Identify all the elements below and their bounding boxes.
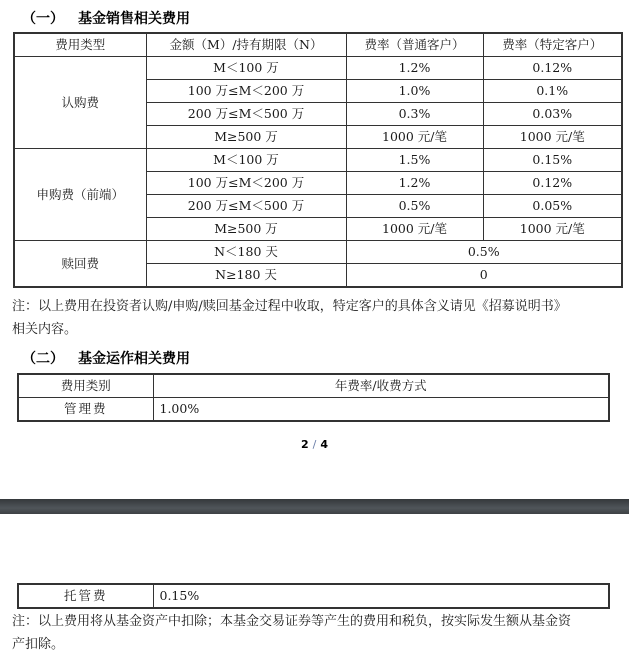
- fee-category-management: 管理费: [18, 398, 153, 422]
- header-fee-type: 费用类型: [14, 33, 146, 57]
- sales-fee-table: 费用类型 金额（M）/持有期限（N） 费率（普通客户） 费率（特定客户） 认购费…: [13, 32, 623, 288]
- rate-normal-cell: 0.5%: [346, 195, 483, 218]
- table-row: 管理费 1.00%: [18, 398, 609, 422]
- section-heading-operation-fees: （二）基金运作相关费用: [22, 348, 190, 368]
- rate-merged-cell: 0: [346, 264, 622, 288]
- fee-category-custody: 托管费: [18, 584, 153, 608]
- rate-special-cell: 0.12%: [483, 57, 622, 80]
- rate-cell: 1.00%: [153, 398, 609, 422]
- rate-special-cell: 1000 元/笔: [483, 126, 622, 149]
- page-break-divider: [0, 499, 629, 514]
- range-cell: M≥500 万: [146, 218, 346, 241]
- rate-special-cell: 0.05%: [483, 195, 622, 218]
- range-cell: M≥500 万: [146, 126, 346, 149]
- note-line: 相关内容。: [12, 318, 622, 341]
- fee-type-subscription: 认购费: [14, 57, 146, 149]
- range-cell: 200 万≤M＜500 万: [146, 195, 346, 218]
- note-line: 产扣除。: [12, 633, 622, 652]
- header-amount-period: 金额（M）/持有期限（N）: [146, 33, 346, 57]
- rate-merged-cell: 0.5%: [346, 241, 622, 264]
- rate-special-cell: 0.12%: [483, 172, 622, 195]
- rate-normal-cell: 1000 元/笔: [346, 218, 483, 241]
- rate-normal-cell: 1.2%: [346, 172, 483, 195]
- section-heading-sales-fees: （一）基金销售相关费用: [22, 8, 190, 28]
- rate-special-cell: 0.15%: [483, 149, 622, 172]
- page-separator: /: [309, 438, 321, 451]
- range-cell: M＜100 万: [146, 57, 346, 80]
- table-row: 赎回费 N＜180 天 0.5%: [14, 241, 622, 264]
- range-cell: 100 万≤M＜200 万: [146, 80, 346, 103]
- section-number: （二）: [22, 348, 78, 368]
- rate-special-cell: 0.1%: [483, 80, 622, 103]
- current-page: 2: [301, 438, 309, 451]
- header-rate-special: 费率（特定客户）: [483, 33, 622, 57]
- fee-type-redemption: 赎回费: [14, 241, 146, 288]
- range-cell: 100 万≤M＜200 万: [146, 172, 346, 195]
- page-number: 2/4: [0, 438, 629, 451]
- rate-special-cell: 0.03%: [483, 103, 622, 126]
- section-number: （一）: [22, 8, 78, 28]
- rate-normal-cell: 1.5%: [346, 149, 483, 172]
- operation-fee-note: 注：以上费用将从基金资产中扣除；本基金交易证券等产生的费用和税负，按实际发生额从…: [12, 610, 622, 652]
- operation-fee-table-continued: 托管费 0.15%: [17, 583, 610, 609]
- range-cell: N≥180 天: [146, 264, 346, 288]
- total-pages: 4: [320, 438, 328, 451]
- range-cell: 200 万≤M＜500 万: [146, 103, 346, 126]
- range-cell: M＜100 万: [146, 149, 346, 172]
- table-row: 申购费（前端） M＜100 万 1.5% 0.15%: [14, 149, 622, 172]
- fee-type-purchase-front: 申购费（前端）: [14, 149, 146, 241]
- rate-normal-cell: 0.3%: [346, 103, 483, 126]
- rate-normal-cell: 1000 元/笔: [346, 126, 483, 149]
- section-title: 基金运作相关费用: [78, 351, 190, 367]
- table-header-row: 费用类别 年费率/收费方式: [18, 374, 609, 398]
- rate-special-cell: 1000 元/笔: [483, 218, 622, 241]
- range-cell: N＜180 天: [146, 241, 346, 264]
- table-row: 认购费 M＜100 万 1.2% 0.12%: [14, 57, 622, 80]
- note-line: 注：以上费用在投资者认购/申购/赎回基金过程中收取，特定客户的具体含义请见《招募…: [12, 295, 622, 318]
- rate-normal-cell: 1.0%: [346, 80, 483, 103]
- rate-cell: 0.15%: [153, 584, 609, 608]
- section-title: 基金销售相关费用: [78, 11, 190, 27]
- header-fee-category: 费用类别: [18, 374, 153, 398]
- sales-fee-note: 注：以上费用在投资者认购/申购/赎回基金过程中收取，特定客户的具体含义请见《招募…: [12, 295, 622, 341]
- rate-normal-cell: 1.2%: [346, 57, 483, 80]
- header-annual-rate: 年费率/收费方式: [153, 374, 609, 398]
- note-line: 注：以上费用将从基金资产中扣除；本基金交易证券等产生的费用和税负，按实际发生额从…: [12, 610, 622, 633]
- operation-fee-table: 费用类别 年费率/收费方式 管理费 1.00%: [17, 373, 610, 422]
- table-header-row: 费用类型 金额（M）/持有期限（N） 费率（普通客户） 费率（特定客户）: [14, 33, 622, 57]
- table-row: 托管费 0.15%: [18, 584, 609, 608]
- header-rate-normal: 费率（普通客户）: [346, 33, 483, 57]
